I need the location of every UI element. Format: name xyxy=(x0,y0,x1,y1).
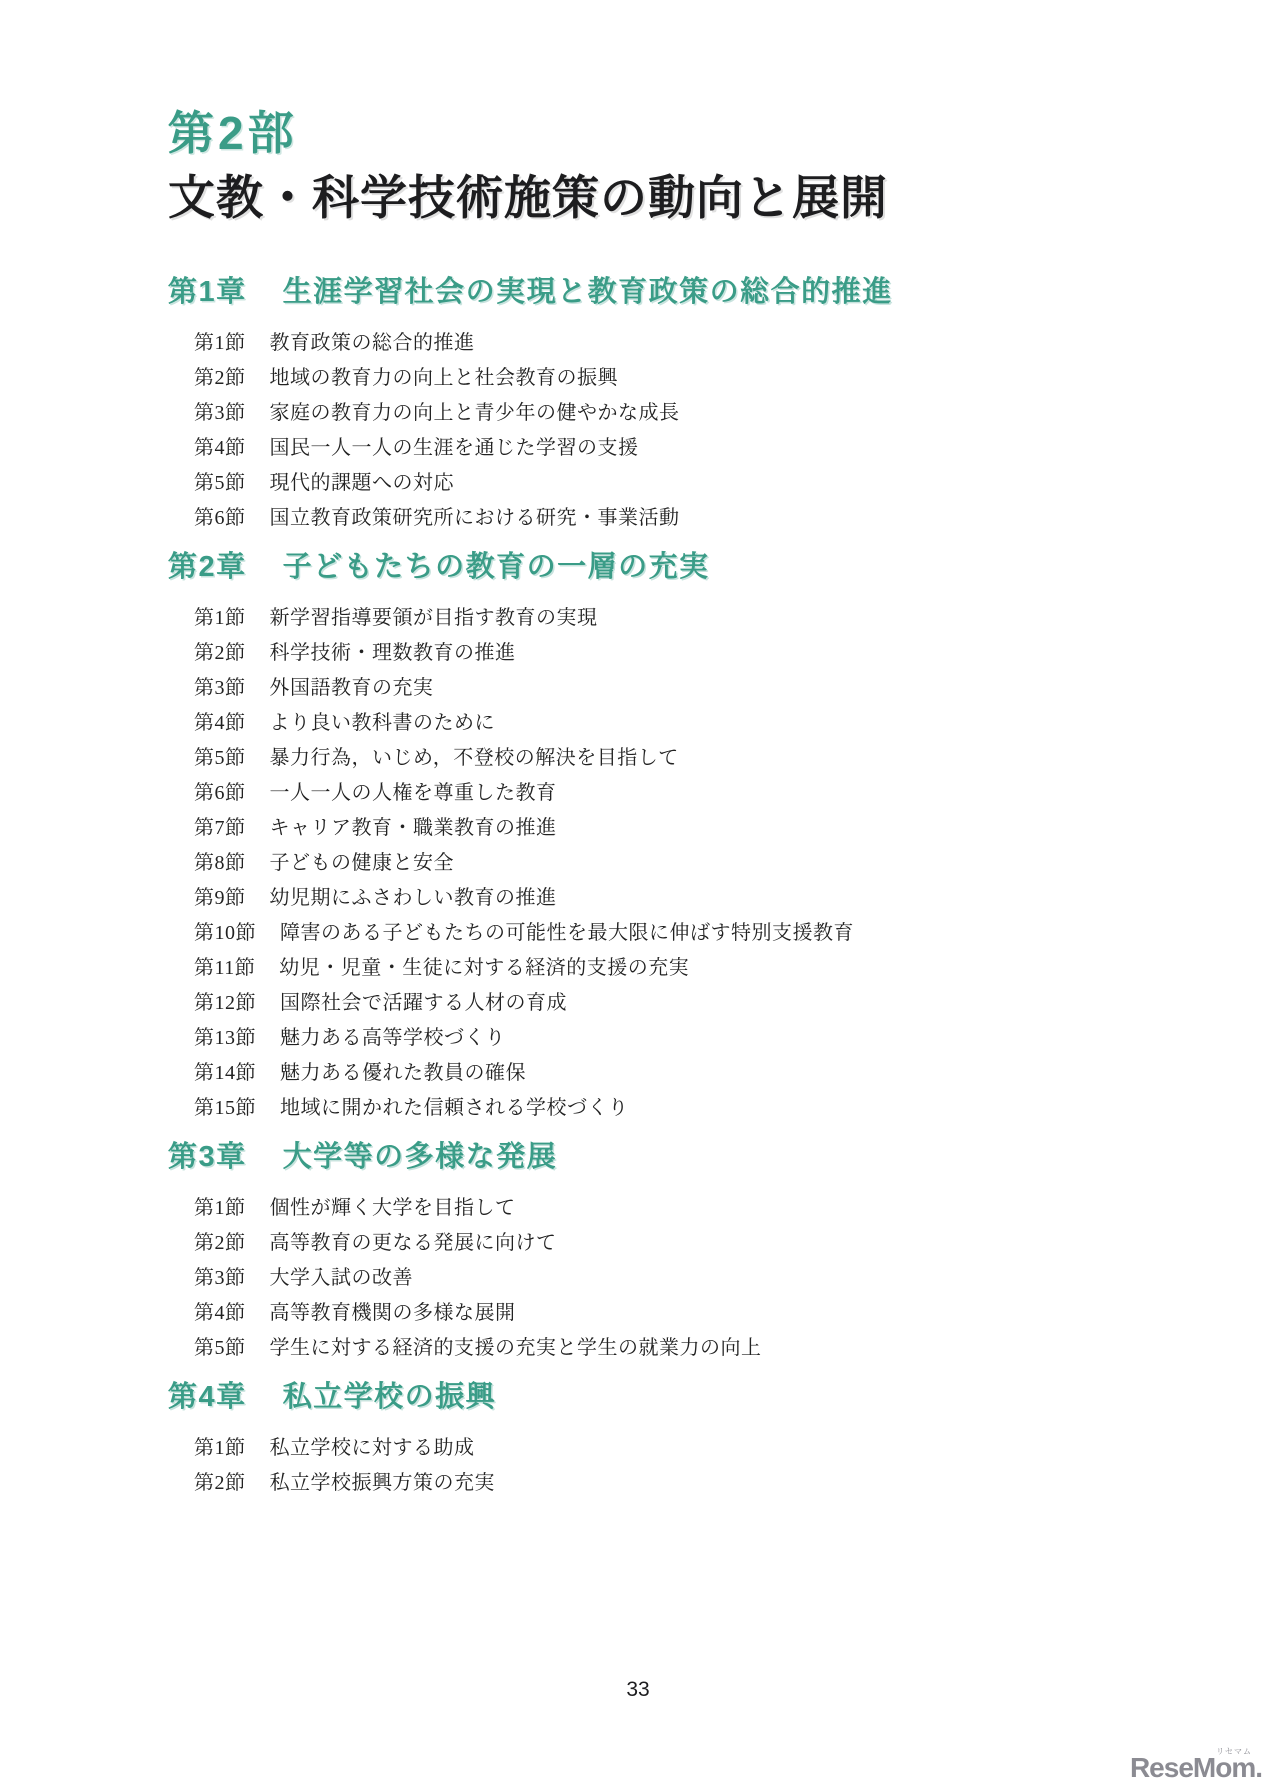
section-number: 第15節 xyxy=(194,1091,256,1126)
section-number: 第12節 xyxy=(194,986,256,1021)
section-item: 第6節国立教育政策研究所における研究・事業活動 xyxy=(194,501,1216,536)
section-title: 幼児・児童・生徒に対する経済的支援の充実 xyxy=(279,951,689,986)
section-number: 第13節 xyxy=(194,1021,256,1056)
section-title: 魅力ある高等学校づくり xyxy=(280,1021,506,1056)
section-number: 第9節 xyxy=(194,881,246,916)
section-item: 第9節幼児期にふさわしい教育の推進 xyxy=(194,881,1216,916)
section-title: より良い教科書のために xyxy=(270,706,496,741)
section-item: 第12節国際社会で活躍する人材の育成 xyxy=(194,986,1216,1021)
section-number: 第10節 xyxy=(194,916,256,951)
section-number: 第11節 xyxy=(194,951,255,986)
section-title: 学生に対する経済的支援の充実と学生の就業力の向上 xyxy=(270,1331,762,1366)
part-title: 文教・科学技術施策の動向と展開 xyxy=(168,171,1216,225)
section-list: 第1節私立学校に対する助成第2節私立学校振興方策の充実 xyxy=(168,1431,1216,1501)
chapter-number: 第2章 xyxy=(168,550,247,585)
section-item: 第4節国民一人一人の生涯を通じた学習の支援 xyxy=(194,431,1216,466)
section-item: 第3節大学入試の改善 xyxy=(194,1261,1216,1296)
section-item: 第14節魅力ある優れた教員の確保 xyxy=(194,1056,1216,1091)
section-title: 私立学校振興方策の充実 xyxy=(270,1466,496,1501)
section-item: 第4節高等教育機関の多様な展開 xyxy=(194,1296,1216,1331)
section-title: 私立学校に対する助成 xyxy=(270,1431,475,1466)
section-item: 第5節暴力行為，いじめ，不登校の解決を目指して xyxy=(194,741,1216,776)
section-title: キャリア教育・職業教育の推進 xyxy=(270,811,557,846)
chapter-block: 第1章生涯学習社会の実現と教育政策の総合的推進第1節教育政策の総合的推進第2節地… xyxy=(168,275,1216,536)
section-number: 第7節 xyxy=(194,811,246,846)
section-number: 第3節 xyxy=(194,396,246,431)
chapter-title: 大学等の多様な発展 xyxy=(283,1140,558,1175)
section-item: 第5節現代的課題への対応 xyxy=(194,466,1216,501)
section-number: 第1節 xyxy=(194,601,246,636)
section-title: 幼児期にふさわしい教育の推進 xyxy=(270,881,557,916)
section-item: 第3節家庭の教育力の向上と青少年の健やかな成長 xyxy=(194,396,1216,431)
section-item: 第4節より良い教科書のために xyxy=(194,706,1216,741)
section-number: 第5節 xyxy=(194,741,246,776)
section-item: 第6節一人一人の人権を尊重した教育 xyxy=(194,776,1216,811)
section-title: 現代的課題への対応 xyxy=(270,466,455,501)
chapter-title: 生涯学習社会の実現と教育政策の総合的推進 xyxy=(283,275,893,310)
section-number: 第3節 xyxy=(194,1261,246,1296)
section-title: 高等教育の更なる発展に向けて xyxy=(270,1226,557,1261)
section-title: 高等教育機関の多様な展開 xyxy=(270,1296,516,1331)
section-item: 第2節地域の教育力の向上と社会教育の振興 xyxy=(194,361,1216,396)
resemom-logo-text: ReseMom. xyxy=(1130,1752,1262,1783)
section-number: 第1節 xyxy=(194,1191,246,1226)
section-number: 第2節 xyxy=(194,1226,246,1261)
document-page: 第2部 文教・科学技術施策の動向と展開 第1章生涯学習社会の実現と教育政策の総合… xyxy=(0,0,1276,1790)
section-number: 第5節 xyxy=(194,1331,246,1366)
section-item: 第1節教育政策の総合的推進 xyxy=(194,326,1216,361)
section-number: 第2節 xyxy=(194,361,246,396)
section-number: 第14節 xyxy=(194,1056,256,1091)
section-title: 障害のある子どもたちの可能性を最大限に伸ばす特別支援教育 xyxy=(280,916,854,951)
chapter-number: 第3章 xyxy=(168,1140,247,1175)
section-title: 魅力ある優れた教員の確保 xyxy=(280,1056,526,1091)
section-title: 国立教育政策研究所における研究・事業活動 xyxy=(270,501,680,536)
section-list: 第1節教育政策の総合的推進第2節地域の教育力の向上と社会教育の振興第3節家庭の教… xyxy=(168,326,1216,536)
chapter-heading: 第3章大学等の多様な発展 xyxy=(168,1140,1216,1175)
part-label: 第2部 xyxy=(168,108,1216,159)
section-list: 第1節新学習指導要領が目指す教育の実現第2節科学技術・理数教育の推進第3節外国語… xyxy=(168,601,1216,1126)
section-item: 第8節子どもの健康と安全 xyxy=(194,846,1216,881)
resemom-logo: リセマム ReseMom. xyxy=(1130,1746,1262,1782)
section-title: 地域の教育力の向上と社会教育の振興 xyxy=(270,361,619,396)
section-item: 第11節幼児・児童・生徒に対する経済的支援の充実 xyxy=(194,951,1216,986)
section-list: 第1節個性が輝く大学を目指して第2節高等教育の更なる発展に向けて第3節大学入試の… xyxy=(168,1191,1216,1366)
page-number: 33 xyxy=(0,1678,1276,1702)
section-title: 国民一人一人の生涯を通じた学習の支援 xyxy=(270,431,639,466)
section-title: 子どもの健康と安全 xyxy=(270,846,455,881)
section-title: 個性が輝く大学を目指して xyxy=(270,1191,516,1226)
section-title: 国際社会で活躍する人材の育成 xyxy=(280,986,567,1021)
section-title: 家庭の教育力の向上と青少年の健やかな成長 xyxy=(270,396,680,431)
section-number: 第5節 xyxy=(194,466,246,501)
section-item: 第10節障害のある子どもたちの可能性を最大限に伸ばす特別支援教育 xyxy=(194,916,1216,951)
section-item: 第2節高等教育の更なる発展に向けて xyxy=(194,1226,1216,1261)
section-item: 第13節魅力ある高等学校づくり xyxy=(194,1021,1216,1056)
section-title: 地域に開かれた信頼される学校づくり xyxy=(280,1091,629,1126)
chapter-block: 第2章子どもたちの教育の一層の充実第1節新学習指導要領が目指す教育の実現第2節科… xyxy=(168,550,1216,1126)
section-number: 第8節 xyxy=(194,846,246,881)
section-title: 大学入試の改善 xyxy=(270,1261,414,1296)
section-title: 教育政策の総合的推進 xyxy=(270,326,475,361)
section-number: 第1節 xyxy=(194,326,246,361)
chapter-block: 第4章私立学校の振興第1節私立学校に対する助成第2節私立学校振興方策の充実 xyxy=(168,1380,1216,1501)
section-number: 第2節 xyxy=(194,1466,246,1501)
section-item: 第3節外国語教育の充実 xyxy=(194,671,1216,706)
section-item: 第1節個性が輝く大学を目指して xyxy=(194,1191,1216,1226)
chapter-title: 私立学校の振興 xyxy=(283,1380,497,1415)
table-of-contents: 第1章生涯学習社会の実現と教育政策の総合的推進第1節教育政策の総合的推進第2節地… xyxy=(168,275,1216,1501)
section-title: 暴力行為，いじめ，不登校の解決を目指して xyxy=(270,741,679,776)
chapter-heading: 第2章子どもたちの教育の一層の充実 xyxy=(168,550,1216,585)
page-content: 第2部 文教・科学技術施策の動向と展開 第1章生涯学習社会の実現と教育政策の総合… xyxy=(168,108,1216,1501)
chapter-block: 第3章大学等の多様な発展第1節個性が輝く大学を目指して第2節高等教育の更なる発展… xyxy=(168,1140,1216,1366)
section-number: 第4節 xyxy=(194,431,246,466)
section-title: 新学習指導要領が目指す教育の実現 xyxy=(270,601,598,636)
section-number: 第4節 xyxy=(194,1296,246,1331)
section-number: 第6節 xyxy=(194,501,246,536)
section-title: 一人一人の人権を尊重した教育 xyxy=(270,776,557,811)
chapter-heading: 第4章私立学校の振興 xyxy=(168,1380,1216,1415)
chapter-heading: 第1章生涯学習社会の実現と教育政策の総合的推進 xyxy=(168,275,1216,310)
section-item: 第2節科学技術・理数教育の推進 xyxy=(194,636,1216,671)
section-title: 外国語教育の充実 xyxy=(270,671,434,706)
section-item: 第1節私立学校に対する助成 xyxy=(194,1431,1216,1466)
section-item: 第1節新学習指導要領が目指す教育の実現 xyxy=(194,601,1216,636)
chapter-number: 第4章 xyxy=(168,1380,247,1415)
section-item: 第7節キャリア教育・職業教育の推進 xyxy=(194,811,1216,846)
chapter-title: 子どもたちの教育の一層の充実 xyxy=(283,550,710,585)
section-number: 第2節 xyxy=(194,636,246,671)
section-item: 第5節学生に対する経済的支援の充実と学生の就業力の向上 xyxy=(194,1331,1216,1366)
section-number: 第1節 xyxy=(194,1431,246,1466)
chapter-number: 第1章 xyxy=(168,275,247,310)
section-item: 第2節私立学校振興方策の充実 xyxy=(194,1466,1216,1501)
section-number: 第6節 xyxy=(194,776,246,811)
section-number: 第3節 xyxy=(194,671,246,706)
section-title: 科学技術・理数教育の推進 xyxy=(270,636,516,671)
section-item: 第15節地域に開かれた信頼される学校づくり xyxy=(194,1091,1216,1126)
section-number: 第4節 xyxy=(194,706,246,741)
